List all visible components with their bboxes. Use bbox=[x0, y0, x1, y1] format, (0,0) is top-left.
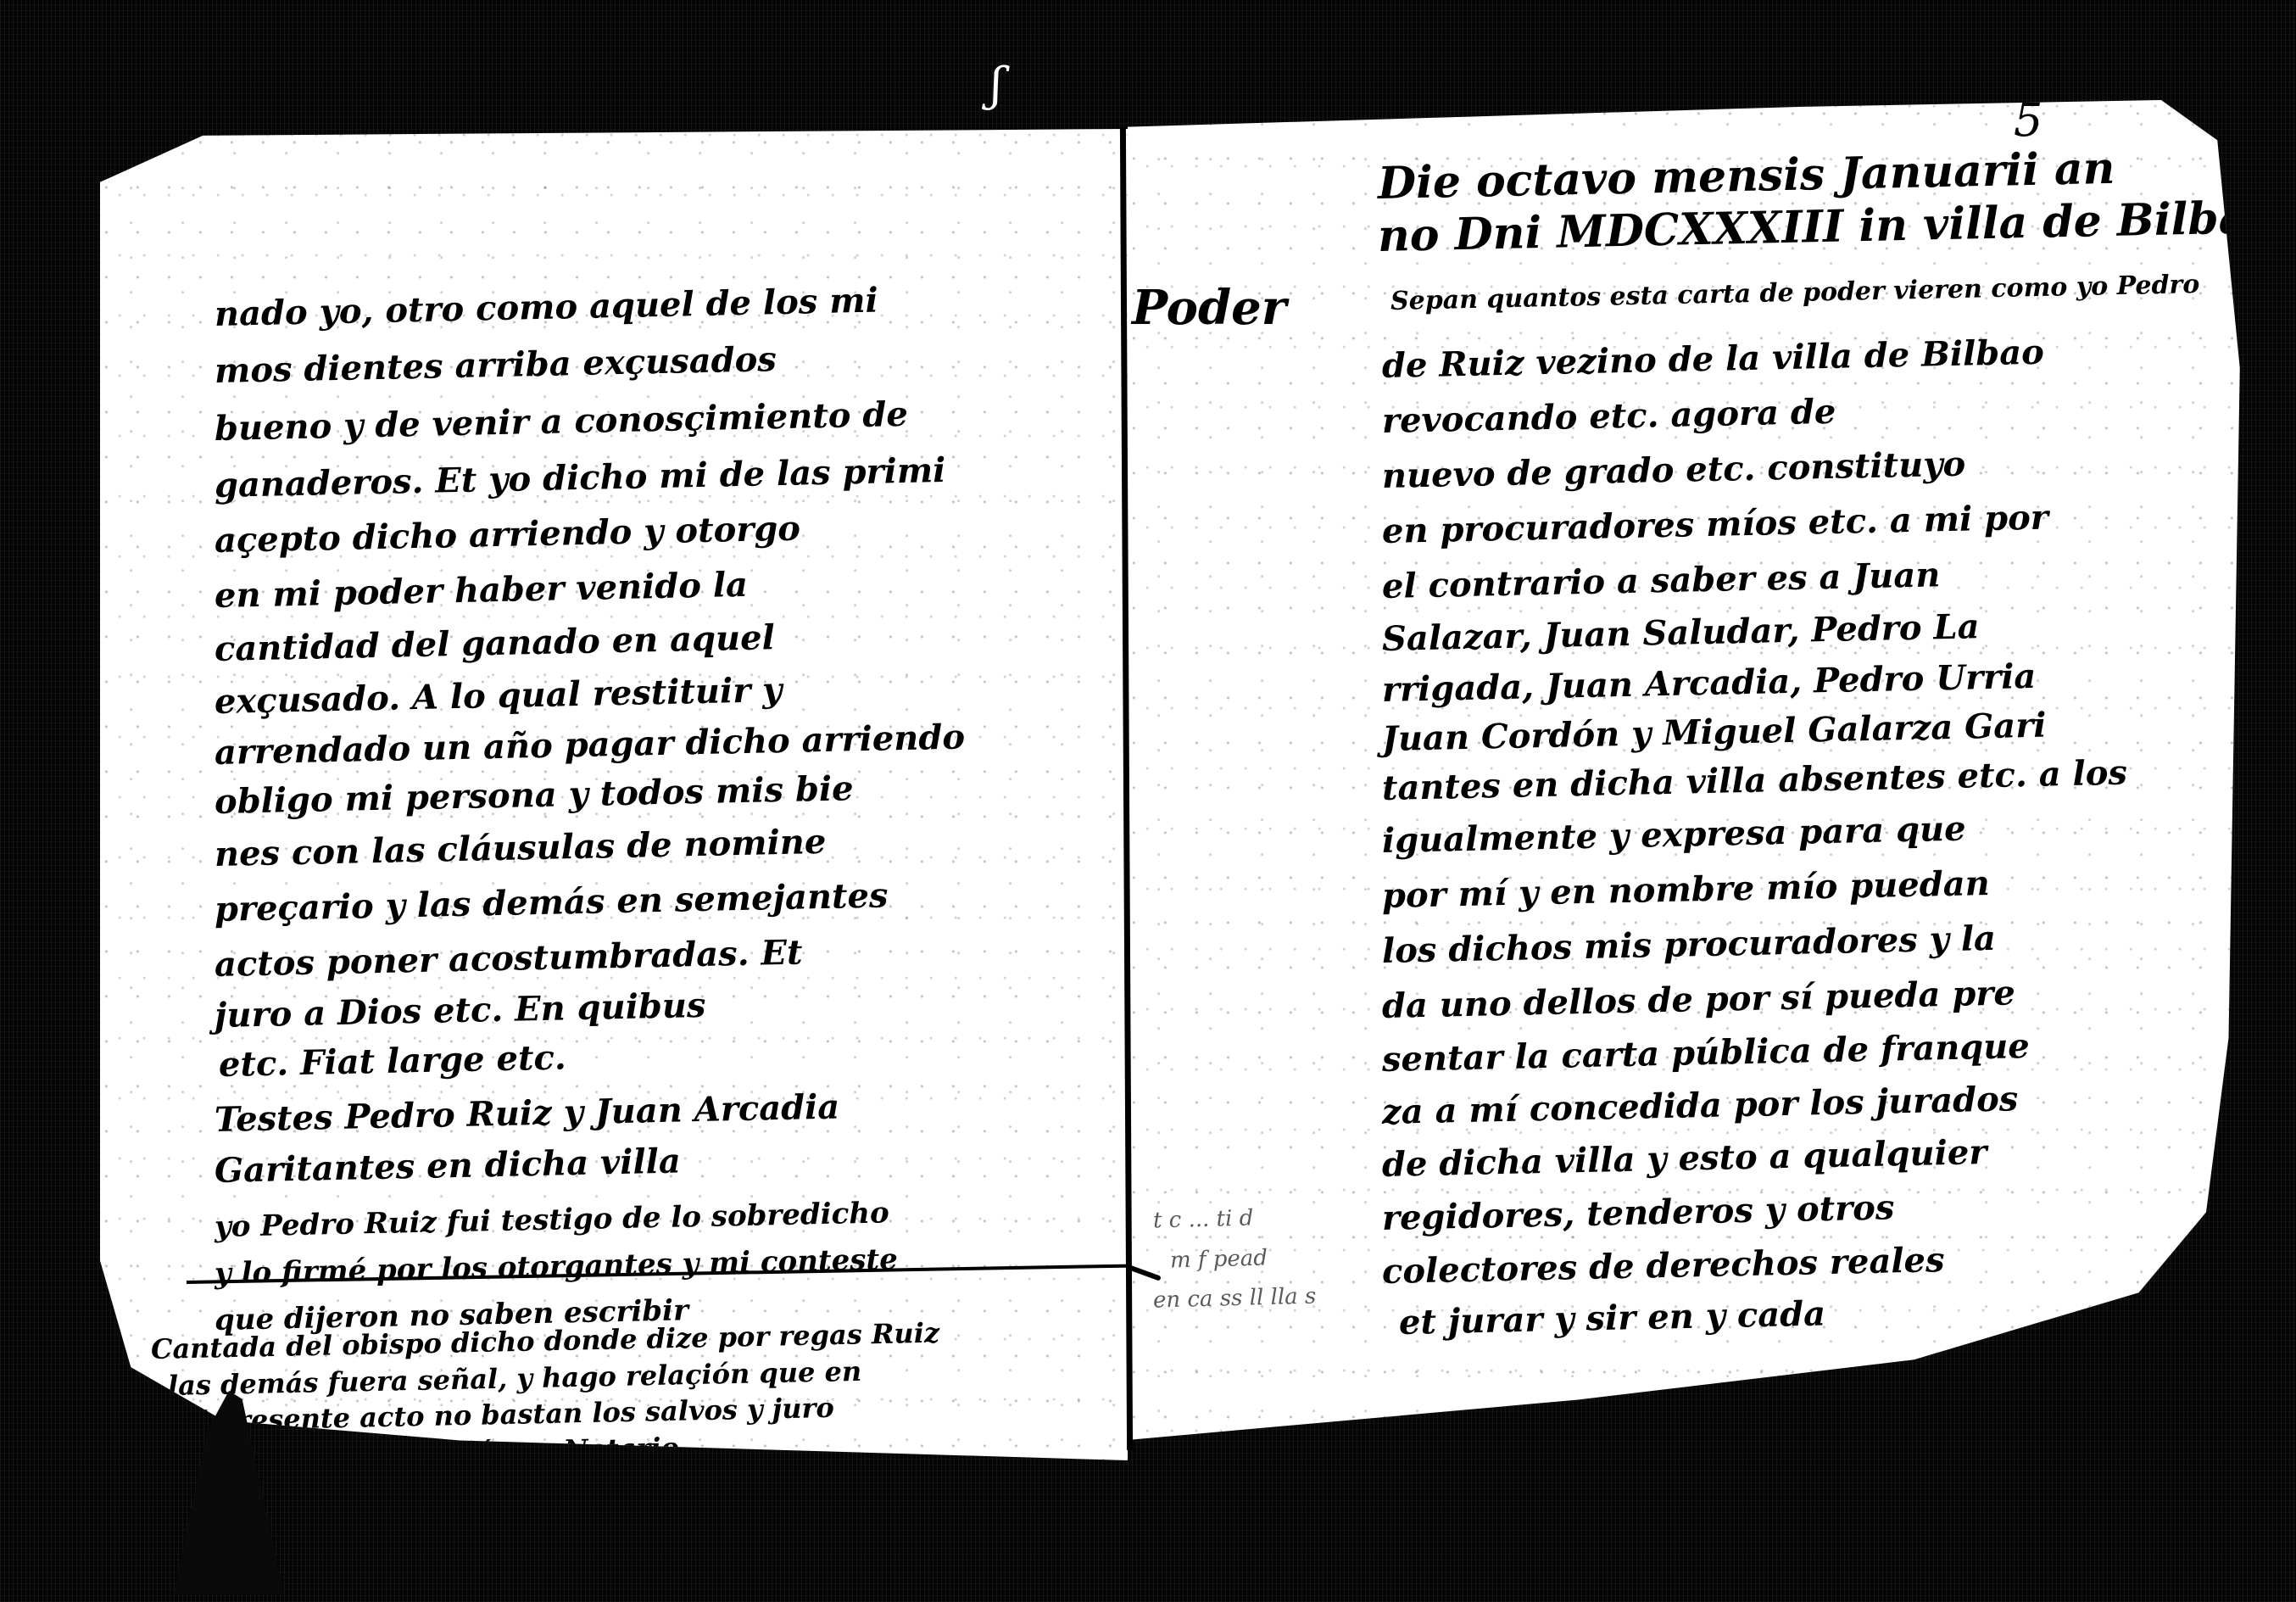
top-mark: ʃ bbox=[990, 58, 1004, 111]
left-line-1: nado yo, otro como aquel de los mi bbox=[215, 281, 879, 334]
left-line-garitantes: Garitantes en dicha villa bbox=[215, 1141, 682, 1191]
left-line-13: actos poner acostumbradas. Et bbox=[215, 932, 803, 985]
left-line-15: etc. Fiat large etc. bbox=[219, 1037, 567, 1085]
left-line-testes: Testes Pedro Ruiz y Juan Arcadia bbox=[215, 1087, 840, 1140]
right-line-15: sentar la carta pública de franque bbox=[1382, 1026, 2031, 1080]
right-line-8: rrigada, Juan Arcadia, Pedro Urria bbox=[1382, 656, 2037, 710]
left-line-witness-1: yo Pedro Ruiz fui testigo de lo sobredic… bbox=[215, 1196, 890, 1244]
left-line-witness-2: y lo firmé por los otorgantes y mi conte… bbox=[215, 1242, 899, 1291]
bleed-through-3: en ca ss ll lla s bbox=[1153, 1283, 1317, 1313]
left-line-11: nes con las cláusulas de nomine bbox=[215, 822, 827, 874]
right-page: 5 Die octavo mensis Januarii an no Dni M… bbox=[1128, 100, 2251, 1440]
left-page: nado yo, otro como aquel de los mi mos d… bbox=[100, 129, 1128, 1460]
left-line-14: juro a Dios etc. En quibus bbox=[215, 985, 706, 1035]
right-line-19: colectores de derechos reales bbox=[1382, 1240, 1945, 1292]
bleed-through-1: t c ... ti d bbox=[1153, 1205, 1254, 1233]
left-line-8: exçusado. A lo qual restituir y bbox=[215, 670, 783, 722]
right-line-17: de dicha villa y esto a qualquier bbox=[1382, 1132, 1987, 1185]
right-line-3: revocando etc. agora de bbox=[1382, 392, 1836, 441]
left-line-6: en mi poder haber venido la bbox=[215, 565, 749, 616]
right-line-6: el contrario a saber es a Juan bbox=[1382, 555, 1941, 606]
right-line-5: en procuradores míos etc. a mi por bbox=[1382, 498, 2049, 551]
right-line-7: Salazar, Juan Saludar, Pedro La bbox=[1382, 606, 1980, 659]
right-line-14: da uno dellos de por sí pueda pre bbox=[1382, 973, 2016, 1026]
left-line-7: cantidad del ganado en aquel bbox=[215, 617, 776, 669]
right-line-18: regidores, tenderos y otros bbox=[1382, 1187, 1895, 1238]
left-line-9: arrendado un año pagar dicho arriendo bbox=[215, 717, 966, 773]
left-line-12: preçario y las demás en semejantes bbox=[215, 875, 889, 929]
right-line-2: de Ruiz vezino de la villa de Bilbao bbox=[1382, 332, 2045, 386]
right-line-11: igualmente y expresa para que bbox=[1382, 809, 1967, 861]
right-line-9: Juan Cordón y Miguel Galarza Gari bbox=[1382, 706, 2047, 759]
left-line-5: açepto dicho arriendo y otorgo bbox=[215, 509, 801, 561]
left-line-10: obligo mi persona y todos mis bie bbox=[215, 768, 854, 822]
left-line-2: mos dientes arriba exçusados bbox=[215, 339, 777, 391]
left-line-4: ganaderos. Et yo dicho mi de las primi bbox=[215, 450, 946, 505]
right-line-1: Sepan quantos esta carta de poder vieren… bbox=[1390, 270, 2200, 316]
right-line-13: los dichos mis procuradores y la bbox=[1382, 918, 1997, 971]
folio-number: 5 bbox=[2014, 100, 2042, 147]
left-line-3: bueno y de venir a conosçimiento de bbox=[215, 394, 909, 449]
right-line-16: za a mí concedida por los jurados bbox=[1382, 1079, 2019, 1132]
right-line-20: et jurar y sir en y cada bbox=[1399, 1293, 1826, 1342]
bleed-through-2: m f pead bbox=[1170, 1246, 1268, 1274]
margin-label-poder: Poder bbox=[1132, 280, 1286, 336]
right-line-12: por mí y en nombre mío puedan bbox=[1382, 863, 1991, 916]
right-line-4: nuevo de grado etc. constituyo bbox=[1382, 444, 1966, 496]
right-line-10: tantes en dicha villa absentes etc. a lo… bbox=[1382, 753, 2128, 808]
